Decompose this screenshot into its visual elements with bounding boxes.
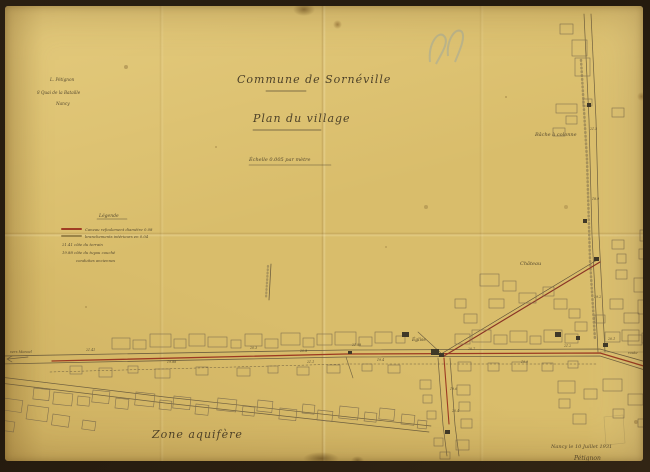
building-outline bbox=[622, 330, 639, 341]
building-outline bbox=[554, 299, 567, 309]
building-outline bbox=[639, 249, 643, 259]
building-outline bbox=[5, 420, 15, 432]
legend-row-2: branchements intérieurs en 0.04 bbox=[85, 234, 149, 239]
right-road-east-edge bbox=[591, 14, 605, 352]
map-title: Commune de Sornéville bbox=[237, 73, 391, 86]
building-outline bbox=[174, 339, 186, 348]
building-outline bbox=[33, 388, 50, 401]
junction-lane bbox=[346, 357, 353, 378]
filled-building bbox=[431, 349, 439, 355]
building-outline bbox=[196, 367, 208, 375]
owner-city: Nancy bbox=[55, 101, 70, 106]
building-outline bbox=[558, 381, 575, 393]
building-outline bbox=[427, 411, 436, 419]
elevation-cote: 21.41 bbox=[85, 348, 95, 352]
filled-building bbox=[348, 351, 352, 354]
main-street-conduit bbox=[52, 353, 643, 367]
building-outline bbox=[70, 366, 82, 374]
filled-building bbox=[402, 332, 409, 337]
building-outline bbox=[455, 334, 470, 344]
map-scale: Échelle 0.005 par mètre bbox=[248, 155, 311, 163]
building-outline bbox=[5, 398, 23, 413]
building-outline bbox=[231, 340, 241, 348]
building-outline bbox=[568, 361, 578, 368]
owner-name: L. Pétignon bbox=[49, 77, 74, 82]
elevation-cote: 20.7 bbox=[467, 347, 476, 351]
filled-building bbox=[594, 257, 599, 261]
building-outline bbox=[503, 281, 516, 291]
building-outline bbox=[603, 379, 622, 391]
route-label: route bbox=[628, 351, 638, 355]
west-arrow-shaft bbox=[8, 357, 28, 359]
building-outline bbox=[458, 362, 471, 371]
right-road-west-edge bbox=[584, 14, 598, 352]
building-outline bbox=[115, 398, 129, 409]
zone-aquifere-label: Zone aquifère bbox=[151, 428, 243, 441]
building-outline bbox=[434, 438, 443, 446]
filled-building bbox=[587, 103, 591, 107]
filled-building bbox=[603, 343, 608, 347]
legend-row-3: 21.41 côte du terrain bbox=[61, 242, 103, 247]
elevation-cote: 20.8 bbox=[299, 349, 307, 353]
building-outline bbox=[560, 24, 573, 34]
bache-label: Bâche à colonne bbox=[534, 131, 577, 138]
building-outline bbox=[572, 40, 587, 56]
footer-signature: Pétignon bbox=[573, 455, 601, 461]
building-outline bbox=[297, 367, 309, 375]
building-outline bbox=[610, 299, 623, 309]
photo-frame: L. Pétignon8 Quai de la BatailleNancyCom… bbox=[0, 0, 650, 472]
wall-hatch-ticks bbox=[266, 266, 268, 298]
filled-building bbox=[576, 336, 580, 340]
legend-row-5: conduites anciennes bbox=[76, 258, 115, 263]
building-outline bbox=[638, 419, 643, 427]
building-outline bbox=[150, 334, 171, 347]
filled-building bbox=[445, 430, 450, 434]
building-outline bbox=[489, 299, 504, 308]
moncel-label: vers Moncel bbox=[10, 350, 32, 354]
chateau-label: Château bbox=[520, 260, 541, 267]
building-outline bbox=[494, 335, 507, 344]
building-outline bbox=[472, 330, 491, 342]
building-outline bbox=[245, 334, 262, 346]
building-outline bbox=[617, 254, 626, 263]
building-outline bbox=[128, 366, 138, 373]
erased-stamp-outline bbox=[604, 415, 625, 445]
building-outline bbox=[317, 334, 332, 345]
building-outline bbox=[556, 104, 577, 113]
building-outline bbox=[616, 270, 627, 279]
elevation-cote: 18.9 bbox=[592, 197, 599, 201]
building-outline bbox=[569, 309, 580, 318]
building-outline bbox=[92, 390, 110, 404]
building-outline bbox=[327, 365, 340, 373]
map-paper: L. Pétignon8 Quai de la BatailleNancyCom… bbox=[5, 6, 643, 461]
building-outline bbox=[464, 314, 477, 323]
elevation-cote: 20.3 bbox=[249, 346, 257, 350]
building-outline bbox=[461, 419, 472, 428]
building-outline bbox=[379, 408, 395, 421]
building-outline bbox=[638, 300, 643, 314]
building-outline bbox=[265, 339, 278, 348]
building-outline bbox=[559, 399, 570, 408]
building-outline bbox=[388, 365, 400, 373]
building-outline bbox=[530, 336, 541, 344]
building-outline bbox=[268, 366, 278, 373]
building-outline bbox=[51, 414, 69, 427]
building-outline bbox=[612, 240, 624, 249]
building-outline bbox=[362, 364, 372, 371]
building-outline bbox=[242, 406, 255, 416]
building-outline bbox=[112, 338, 130, 349]
chateau-line bbox=[441, 260, 597, 354]
building-outline bbox=[575, 322, 587, 331]
south-road-east-edge bbox=[450, 358, 459, 456]
elevation-cote: 19.2 bbox=[594, 295, 601, 299]
elevation-cote: 19.9 bbox=[521, 360, 528, 364]
building-outline bbox=[82, 420, 96, 431]
filled-building bbox=[439, 353, 444, 357]
owner-address: 8 Quai de la Bataille bbox=[37, 90, 81, 95]
building-outline bbox=[510, 331, 527, 342]
building-outline bbox=[237, 368, 250, 376]
elevation-cote: 21.5 bbox=[589, 127, 597, 131]
building-outline bbox=[364, 412, 377, 422]
legend-title: Légende bbox=[98, 212, 119, 219]
map-subtitle: Plan du village bbox=[252, 112, 351, 125]
building-outline bbox=[375, 332, 392, 343]
building-outline bbox=[155, 369, 170, 378]
building-outline bbox=[566, 116, 577, 124]
building-outline bbox=[396, 336, 405, 343]
building-outline bbox=[612, 108, 624, 117]
legend-row-1: Caneau refoulement diamètre 0.08 bbox=[85, 227, 153, 232]
wall-line bbox=[269, 264, 271, 300]
elevation-cote: 20.1 bbox=[607, 337, 615, 341]
eglise-label: Église bbox=[411, 335, 426, 343]
elevation-cote: 19.88 bbox=[167, 360, 176, 364]
building-outline bbox=[459, 402, 470, 411]
footer-date: Nancy le 10 Juillet 1931 bbox=[550, 444, 612, 450]
village-plan-drawing: L. Pétignon8 Quai de la BatailleNancyCom… bbox=[5, 6, 643, 461]
elevation-cote: 19.6 bbox=[450, 387, 457, 391]
building-outline bbox=[133, 340, 146, 349]
legend-row-4: 19.88 côte du tuyau couché bbox=[62, 250, 116, 255]
filled-building bbox=[583, 219, 587, 223]
building-outline bbox=[303, 338, 314, 347]
elevation-cote: 19.4 bbox=[377, 358, 384, 362]
building-outline bbox=[573, 414, 586, 424]
elevation-cote: 21.2 bbox=[563, 344, 571, 348]
church-lane bbox=[418, 332, 443, 355]
blue-pencil-scribble bbox=[430, 31, 463, 64]
building-outline bbox=[455, 299, 466, 308]
filled-building bbox=[555, 332, 561, 337]
building-outline bbox=[628, 394, 643, 405]
main-street-south-edge bbox=[5, 356, 643, 371]
building-outline bbox=[159, 400, 172, 410]
building-outline bbox=[457, 385, 470, 395]
building-outline bbox=[53, 392, 73, 406]
building-outline bbox=[634, 278, 643, 292]
elevation-cote: 20.4 bbox=[451, 409, 459, 413]
elevation-cote: 21.88 bbox=[351, 343, 361, 347]
building-outline bbox=[281, 333, 300, 345]
building-outline bbox=[26, 405, 49, 422]
building-outline bbox=[440, 452, 450, 459]
building-outline bbox=[195, 404, 209, 415]
building-outline bbox=[423, 395, 432, 403]
lower-road-north-edge bbox=[5, 377, 431, 426]
building-outline bbox=[208, 337, 227, 347]
building-outline bbox=[624, 313, 639, 323]
building-outline bbox=[77, 396, 90, 406]
building-outline bbox=[488, 363, 499, 371]
building-outline bbox=[99, 368, 112, 377]
south-road-conduit bbox=[444, 358, 449, 424]
building-outline bbox=[189, 334, 205, 346]
building-outline bbox=[640, 230, 643, 241]
elevation-cote: 21.1 bbox=[306, 360, 314, 364]
building-outline bbox=[480, 274, 499, 286]
building-outline bbox=[613, 409, 624, 418]
building-outline bbox=[257, 400, 273, 413]
building-outline bbox=[584, 389, 597, 399]
building-outline bbox=[420, 380, 431, 389]
building-outline bbox=[628, 335, 642, 345]
